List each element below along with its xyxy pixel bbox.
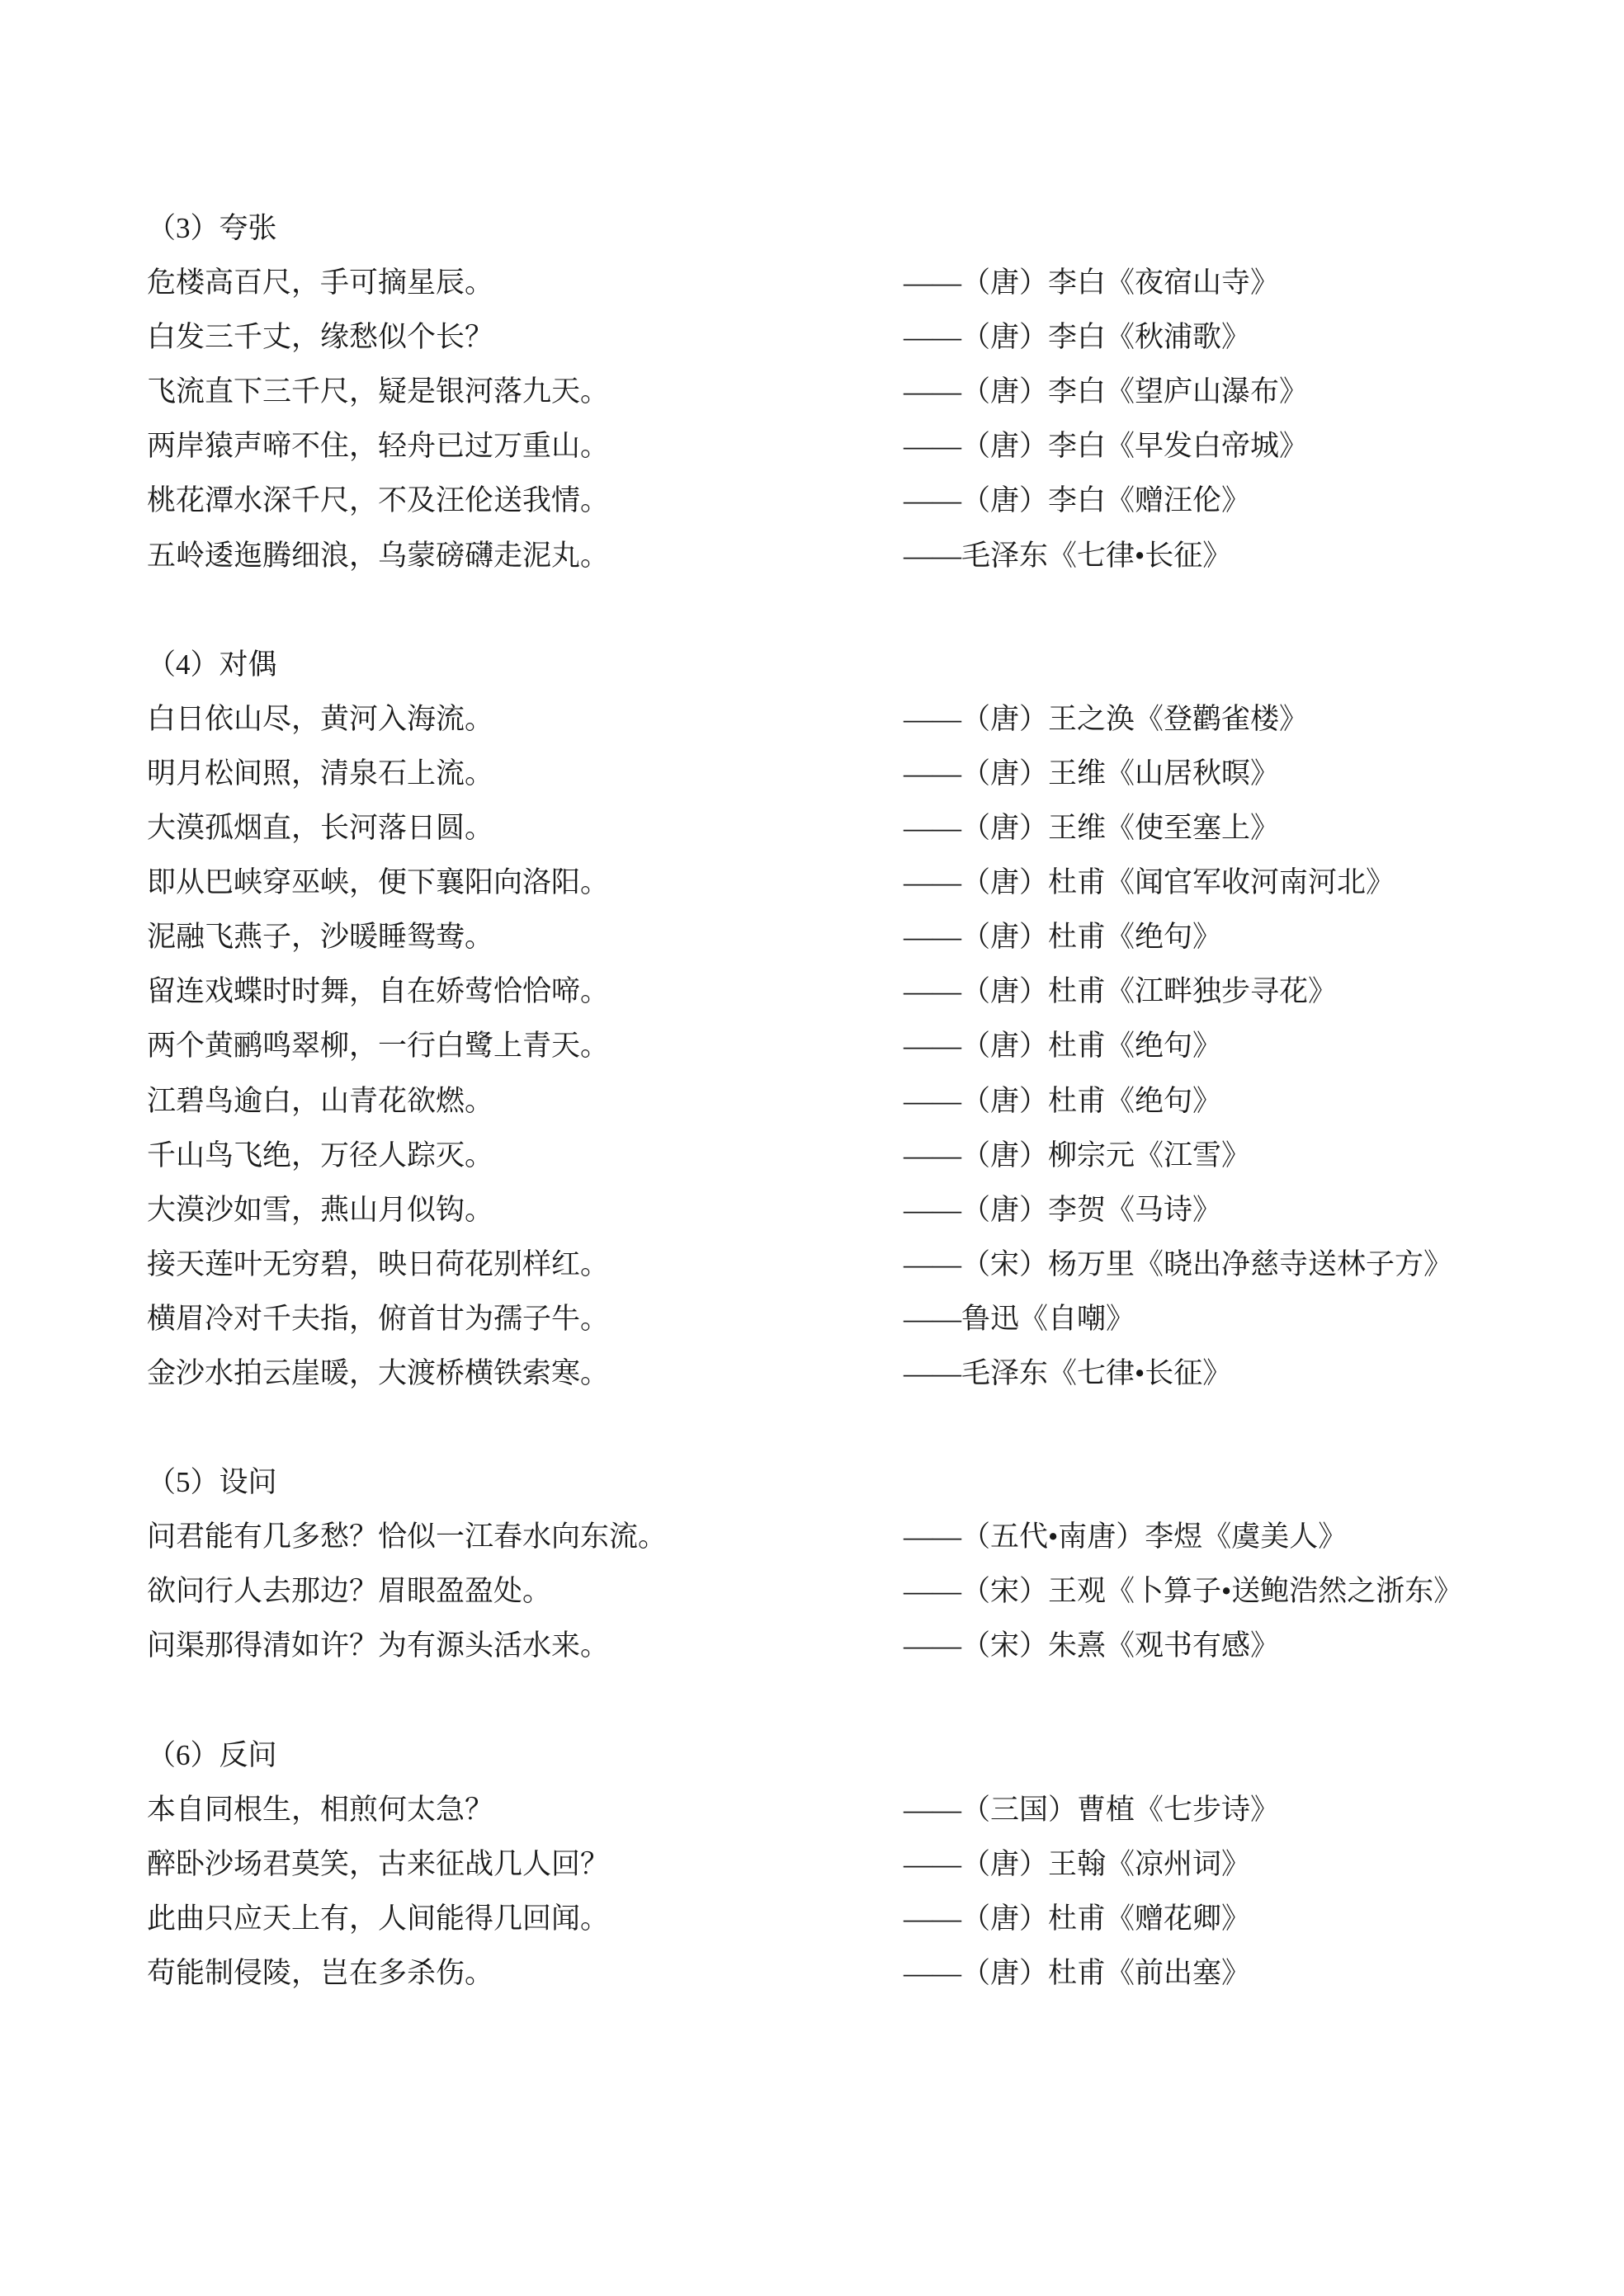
poem-attribution: ——（唐）柳宗元《江雪》 xyxy=(904,1129,1250,1183)
poem-attribution: ——（唐）杜甫《前出塞》 xyxy=(904,1946,1250,2001)
section-heading-row: （4）对偶 xyxy=(0,638,1624,692)
poem-text: 本自同根生，相煎何太急？ xyxy=(147,1783,493,1837)
poem-example-row: 此曲只应天上有，人间能得几回闻。——（唐）杜甫《赠花卿》 xyxy=(0,1892,1624,1946)
section-heading: （3）夸张 xyxy=(147,201,277,256)
poem-example-row: 白日依山尽，黄河入海流。——（唐）王之涣《登鹳雀楼》 xyxy=(0,692,1624,747)
poem-text: 即从巴峡穿巫峡，便下襄阳向洛阳。 xyxy=(147,856,609,910)
section-heading-row: （5）设问 xyxy=(0,1455,1624,1510)
poem-attribution: ——（唐）李白《望庐山瀑布》 xyxy=(904,365,1308,419)
section-heading-row: （6）反问 xyxy=(0,1728,1624,1783)
poem-text: 大漠沙如雪，燕山月似钩。 xyxy=(147,1183,493,1238)
poem-attribution: ——（五代•南唐）李煜《虞美人》 xyxy=(904,1510,1347,1564)
poem-text: 桃花潭水深千尺，不及汪伦送我情。 xyxy=(147,474,609,528)
poem-text: 五岭逶迤腾细浪，乌蒙磅礴走泥丸。 xyxy=(147,529,609,583)
poem-text: 金沙水拍云崖暖，大渡桥横铁索寒。 xyxy=(147,1346,609,1401)
poem-example-row: 醉卧沙场君莫笑，古来征战几人回？——（唐）王翰《凉州词》 xyxy=(0,1837,1624,1892)
poem-attribution: ——（宋）王观《卜算子•送鲍浩然之浙东》 xyxy=(904,1564,1462,1619)
poem-text: 接天莲叶无穷碧，映日荷花别样红。 xyxy=(147,1238,609,1292)
poem-attribution: ——（唐）王维《山居秋暝》 xyxy=(904,747,1279,801)
poem-example-row: 明月松间照，清泉石上流。——（唐）王维《山居秋暝》 xyxy=(0,747,1624,801)
poem-example-row: 江碧鸟逾白，山青花欲燃。——（唐）杜甫《绝句》 xyxy=(0,1074,1624,1129)
poem-attribution: ——鲁迅《自嘲》 xyxy=(904,1292,1135,1346)
poem-attribution: ——（唐）杜甫《赠花卿》 xyxy=(904,1892,1250,1946)
poem-attribution: ——（唐）杜甫《绝句》 xyxy=(904,1019,1221,1073)
poem-attribution: ——（宋）杨万里《晓出净慈寺送林子方》 xyxy=(904,1238,1452,1292)
poem-example-row: 桃花潭水深千尺，不及汪伦送我情。——（唐）李白《赠汪伦》 xyxy=(0,474,1624,528)
poem-attribution: ——（唐）杜甫《闻官军收河南河北》 xyxy=(904,856,1395,910)
section-heading: （4）对偶 xyxy=(147,638,277,692)
poem-example-row: 五岭逶迤腾细浪，乌蒙磅礴走泥丸。——毛泽东《七律•长征》 xyxy=(0,529,1624,583)
poem-example-row: 大漠孤烟直，长河落日圆。——（唐）王维《使至塞上》 xyxy=(0,801,1624,856)
poem-example-row: 即从巴峡穿巫峡，便下襄阳向洛阳。——（唐）杜甫《闻官军收河南河北》 xyxy=(0,856,1624,910)
poem-text: 千山鸟飞绝，万径人踪灭。 xyxy=(147,1129,493,1183)
poem-text: 醉卧沙场君莫笑，古来征战几人回？ xyxy=(147,1837,609,1892)
poem-text: 白日依山尽，黄河入海流。 xyxy=(147,692,493,747)
poem-example-row: 千山鸟飞绝，万径人踪灭。——（唐）柳宗元《江雪》 xyxy=(0,1129,1624,1183)
poem-text: 江碧鸟逾白，山青花欲燃。 xyxy=(147,1074,493,1129)
poem-attribution: ——（唐）杜甫《江畔独步寻花》 xyxy=(904,964,1337,1019)
poem-attribution: ——（唐）杜甫《绝句》 xyxy=(904,1074,1221,1129)
poem-example-row: 横眉冷对千夫指，俯首甘为孺子牛。——鲁迅《自嘲》 xyxy=(0,1292,1624,1346)
poem-example-row: 两岸猿声啼不住，轻舟已过万重山。——（唐）李白《早发白帝城》 xyxy=(0,419,1624,474)
poem-example-row: 接天莲叶无穷碧，映日荷花别样红。——（宋）杨万里《晓出净慈寺送林子方》 xyxy=(0,1238,1624,1292)
poem-example-row: 苟能制侵陵，岂在多杀伤。——（唐）杜甫《前出塞》 xyxy=(0,1946,1624,2001)
poem-example-row: 本自同根生，相煎何太急？——（三国）曹植《七步诗》 xyxy=(0,1783,1624,1837)
poem-example-row: 飞流直下三千尺，疑是银河落九天。——（唐）李白《望庐山瀑布》 xyxy=(0,365,1624,419)
poem-attribution: ——（宋）朱熹《观书有感》 xyxy=(904,1619,1279,1673)
poem-text: 横眉冷对千夫指，俯首甘为孺子牛。 xyxy=(147,1292,609,1346)
poem-text: 两个黄鹂鸣翠柳，一行白鹭上青天。 xyxy=(147,1019,609,1073)
poem-text: 留连戏蝶时时舞，自在娇莺恰恰啼。 xyxy=(147,964,609,1019)
poem-example-row: 留连戏蝶时时舞，自在娇莺恰恰啼。——（唐）杜甫《江畔独步寻花》 xyxy=(0,964,1624,1019)
poem-text: 明月松间照，清泉石上流。 xyxy=(147,747,493,801)
poem-attribution: ——毛泽东《七律•长征》 xyxy=(904,1346,1231,1401)
poem-example-row: 白发三千丈，缘愁似个长？——（唐）李白《秋浦歌》 xyxy=(0,310,1624,365)
poem-example-row: 危楼高百尺，手可摘星辰。——（唐）李白《夜宿山寺》 xyxy=(0,256,1624,310)
poem-text: 泥融飞燕子，沙暖睡鸳鸯。 xyxy=(147,910,493,964)
section-heading: （6）反问 xyxy=(147,1728,277,1783)
section-spacer xyxy=(0,1401,1624,1455)
poem-attribution: ——（唐）王之涣《登鹳雀楼》 xyxy=(904,692,1308,747)
poem-attribution: ——毛泽东《七律•长征》 xyxy=(904,529,1231,583)
section-heading: （5）设问 xyxy=(147,1455,277,1510)
poem-attribution: ——（唐）杜甫《绝句》 xyxy=(904,910,1221,964)
poem-example-row: 大漠沙如雪，燕山月似钩。——（唐）李贺《马诗》 xyxy=(0,1183,1624,1238)
poem-attribution: ——（唐）王翰《凉州词》 xyxy=(904,1837,1250,1892)
poem-attribution: ——（唐）李白《赠汪伦》 xyxy=(904,474,1250,528)
poem-text: 两岸猿声啼不住，轻舟已过万重山。 xyxy=(147,419,609,474)
poem-text: 危楼高百尺，手可摘星辰。 xyxy=(147,256,493,310)
section-spacer xyxy=(0,583,1624,638)
poem-attribution: ——（唐）李白《早发白帝城》 xyxy=(904,419,1308,474)
poem-text: 大漠孤烟直，长河落日圆。 xyxy=(147,801,493,856)
poem-example-row: 欲问行人去那边？眉眼盈盈处。——（宋）王观《卜算子•送鲍浩然之浙东》 xyxy=(0,1564,1624,1619)
document-page: （3）夸张危楼高百尺，手可摘星辰。——（唐）李白《夜宿山寺》白发三千丈，缘愁似个… xyxy=(0,0,1624,2296)
poem-text: 问君能有几多愁？恰似一江春水向东流。 xyxy=(147,1510,667,1564)
poetry-example-list: （3）夸张危楼高百尺，手可摘星辰。——（唐）李白《夜宿山寺》白发三千丈，缘愁似个… xyxy=(0,201,1624,2001)
poem-attribution: ——（唐）李白《秋浦歌》 xyxy=(904,310,1250,365)
poem-text: 问渠那得清如许？为有源头活水来。 xyxy=(147,1619,609,1673)
poem-text: 此曲只应天上有，人间能得几回闻。 xyxy=(147,1892,609,1946)
section-spacer xyxy=(0,1674,1624,1728)
poem-example-row: 问君能有几多愁？恰似一江春水向东流。——（五代•南唐）李煜《虞美人》 xyxy=(0,1510,1624,1564)
poem-text: 白发三千丈，缘愁似个长？ xyxy=(147,310,493,365)
poem-attribution: ——（唐）王维《使至塞上》 xyxy=(904,801,1279,856)
poem-text: 飞流直下三千尺，疑是银河落九天。 xyxy=(147,365,609,419)
poem-text: 欲问行人去那边？眉眼盈盈处。 xyxy=(147,1564,551,1619)
poem-example-row: 问渠那得清如许？为有源头活水来。——（宋）朱熹《观书有感》 xyxy=(0,1619,1624,1673)
poem-example-row: 两个黄鹂鸣翠柳，一行白鹭上青天。——（唐）杜甫《绝句》 xyxy=(0,1019,1624,1073)
poem-attribution: ——（三国）曹植《七步诗》 xyxy=(904,1783,1279,1837)
poem-attribution: ——（唐）李贺《马诗》 xyxy=(904,1183,1221,1238)
section-heading-row: （3）夸张 xyxy=(0,201,1624,256)
poem-attribution: ——（唐）李白《夜宿山寺》 xyxy=(904,256,1279,310)
poem-example-row: 金沙水拍云崖暖，大渡桥横铁索寒。——毛泽东《七律•长征》 xyxy=(0,1346,1624,1401)
poem-example-row: 泥融飞燕子，沙暖睡鸳鸯。——（唐）杜甫《绝句》 xyxy=(0,910,1624,964)
poem-text: 苟能制侵陵，岂在多杀伤。 xyxy=(147,1946,493,2001)
